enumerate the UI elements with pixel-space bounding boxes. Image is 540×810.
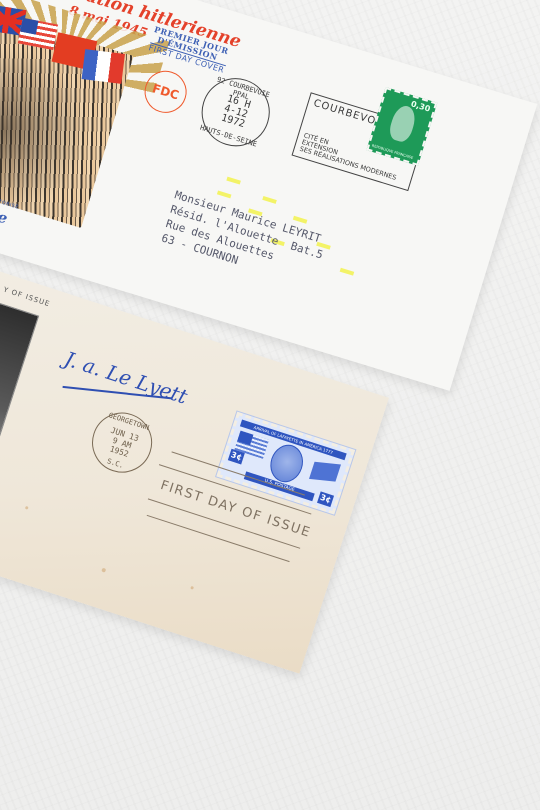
ship-engraving xyxy=(0,287,39,527)
header-fragment: Y OF ISSUE xyxy=(2,286,51,309)
yellow-mark xyxy=(217,190,232,198)
signature: J. a. Le Lyett xyxy=(62,347,191,409)
yellow-mark xyxy=(262,196,277,204)
stamp-denomination-right: 3¢ xyxy=(317,491,334,507)
french-flag-icon xyxy=(82,49,125,84)
georgetown-postmark: GEORGETOWN JUN 13 9 AM 1952 S.C. xyxy=(84,405,160,481)
french-flag-icon xyxy=(309,462,341,482)
lafayette-3c-stamp: ARRIVAL OF LAFAYETTE IN AMERICA 1777 3¢ … xyxy=(216,412,355,515)
foxing-spot xyxy=(101,568,106,573)
courbevoie-postmark: 92 COURBEVOIE PPAL 16 H 4-12 1972 HAUTS-… xyxy=(193,70,278,155)
yellow-mark xyxy=(340,268,355,276)
yellow-mark xyxy=(226,177,241,185)
foxing-spot xyxy=(190,586,194,590)
foxing-spot xyxy=(25,506,29,510)
recipient-address: Monsieur Maurice LEYRITRésid. l'Alouette… xyxy=(160,187,330,291)
